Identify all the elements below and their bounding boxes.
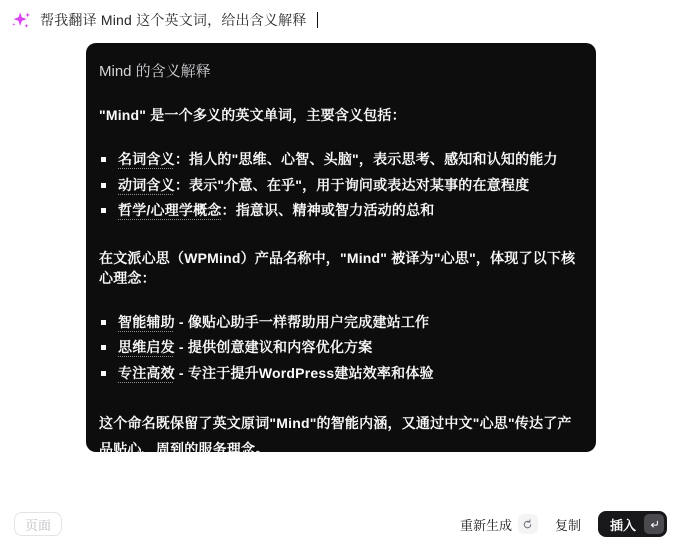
- conclusion-paragraph: 这个命名既保留了英文原词"Mind"的智能内涵，又通过中文"心思"传达了产品贴心…: [99, 410, 582, 462]
- prompt-bar[interactable]: 帮我翻译 Mind 这个英文词，给出含义解释: [11, 10, 318, 30]
- insert-button[interactable]: 插入: [598, 511, 667, 537]
- regenerate-button[interactable]: 重新生成: [460, 514, 538, 534]
- page-button[interactable]: 页面: [14, 512, 62, 536]
- bullet-icon: [101, 371, 106, 376]
- refresh-icon[interactable]: [518, 514, 538, 534]
- list-item: 名词含义：指人的"思维、心智、头脑"，表示思考、感知和认知的能力: [99, 150, 582, 176]
- prompt-input-text[interactable]: 帮我翻译 Mind 这个英文词，给出含义解释: [40, 10, 307, 30]
- term-separator: ：: [175, 151, 189, 167]
- middle-paragraph: 在文派心思（WPMind）产品名称中，"Mind" 被译为"心思"，体现了以下核…: [99, 248, 582, 288]
- footer-right-actions: 重新生成 复制 插入: [460, 511, 667, 537]
- insert-label: 插入: [610, 515, 636, 534]
- term-separator: ：: [175, 177, 189, 193]
- list-item: 智能辅助 - 像贴心助手一样帮助用户完成建站工作: [99, 313, 582, 339]
- bullet-icon: [101, 345, 106, 350]
- concept-term: 智能辅助: [118, 314, 175, 330]
- term-separator: -: [175, 314, 188, 330]
- list-item: 动词含义：表示"介意、在乎"，用于询问或表达对某事的在意程度: [99, 176, 582, 202]
- term-separator: -: [175, 339, 188, 355]
- bullet-icon: [101, 183, 106, 188]
- sparkle-icon: [11, 10, 31, 30]
- definition-term: 动词含义: [118, 177, 175, 193]
- concept-term: 思维启发: [118, 339, 175, 355]
- return-icon: [644, 514, 664, 534]
- definition-desc: 指人的"思维、心智、头脑"，表示思考、感知和认知的能力: [189, 151, 558, 167]
- list-item: 专注高效 - 专注于提升WordPress建站效率和体验: [99, 364, 582, 390]
- card-title: Mind 的含义解释: [99, 62, 582, 82]
- concept-desc: 提供创意建议和内容优化方案: [188, 339, 373, 355]
- bullet-icon: [101, 320, 106, 325]
- definition-desc: 指意识、精神或智力活动的总和: [236, 202, 435, 218]
- bullet-icon: [101, 157, 106, 162]
- footer-action-bar: 页面 重新生成 复制 插入: [14, 511, 667, 537]
- bullet-icon: [101, 208, 106, 213]
- definition-term: 名词含义: [118, 151, 175, 167]
- definition-desc: 表示"介意、在乎"，用于询问或表达对某事的在意程度: [189, 177, 529, 193]
- definitions-list: 名词含义：指人的"思维、心智、头脑"，表示思考、感知和认知的能力 动词含义：表示…: [99, 150, 582, 227]
- ai-response-card: Mind 的含义解释 "Mind" 是一个多义的英文单词，主要含义包括： 名词含…: [86, 43, 596, 452]
- list-item: 思维启发 - 提供创意建议和内容优化方案: [99, 338, 582, 364]
- concept-desc: 专注于提升WordPress建站效率和体验: [188, 365, 434, 381]
- term-separator: -: [175, 365, 188, 381]
- ai-assistant-panel: 帮我翻译 Mind 这个英文词，给出含义解释 Mind 的含义解释 "Mind"…: [0, 0, 681, 548]
- term-separator: ：: [222, 202, 236, 218]
- intro-paragraph: "Mind" 是一个多义的英文单词，主要含义包括：: [99, 105, 582, 125]
- list-item: 哲学/心理学概念：指意识、精神或智力活动的总和: [99, 201, 582, 227]
- text-cursor: [317, 12, 319, 28]
- concept-desc: 像贴心助手一样帮助用户完成建站工作: [188, 314, 429, 330]
- concepts-list: 智能辅助 - 像贴心助手一样帮助用户完成建站工作 思维启发 - 提供创意建议和内…: [99, 313, 582, 390]
- regenerate-label: 重新生成: [460, 515, 512, 534]
- copy-button[interactable]: 复制: [555, 515, 581, 534]
- concept-term: 专注高效: [118, 365, 175, 381]
- definition-term: 哲学/心理学概念: [118, 202, 222, 218]
